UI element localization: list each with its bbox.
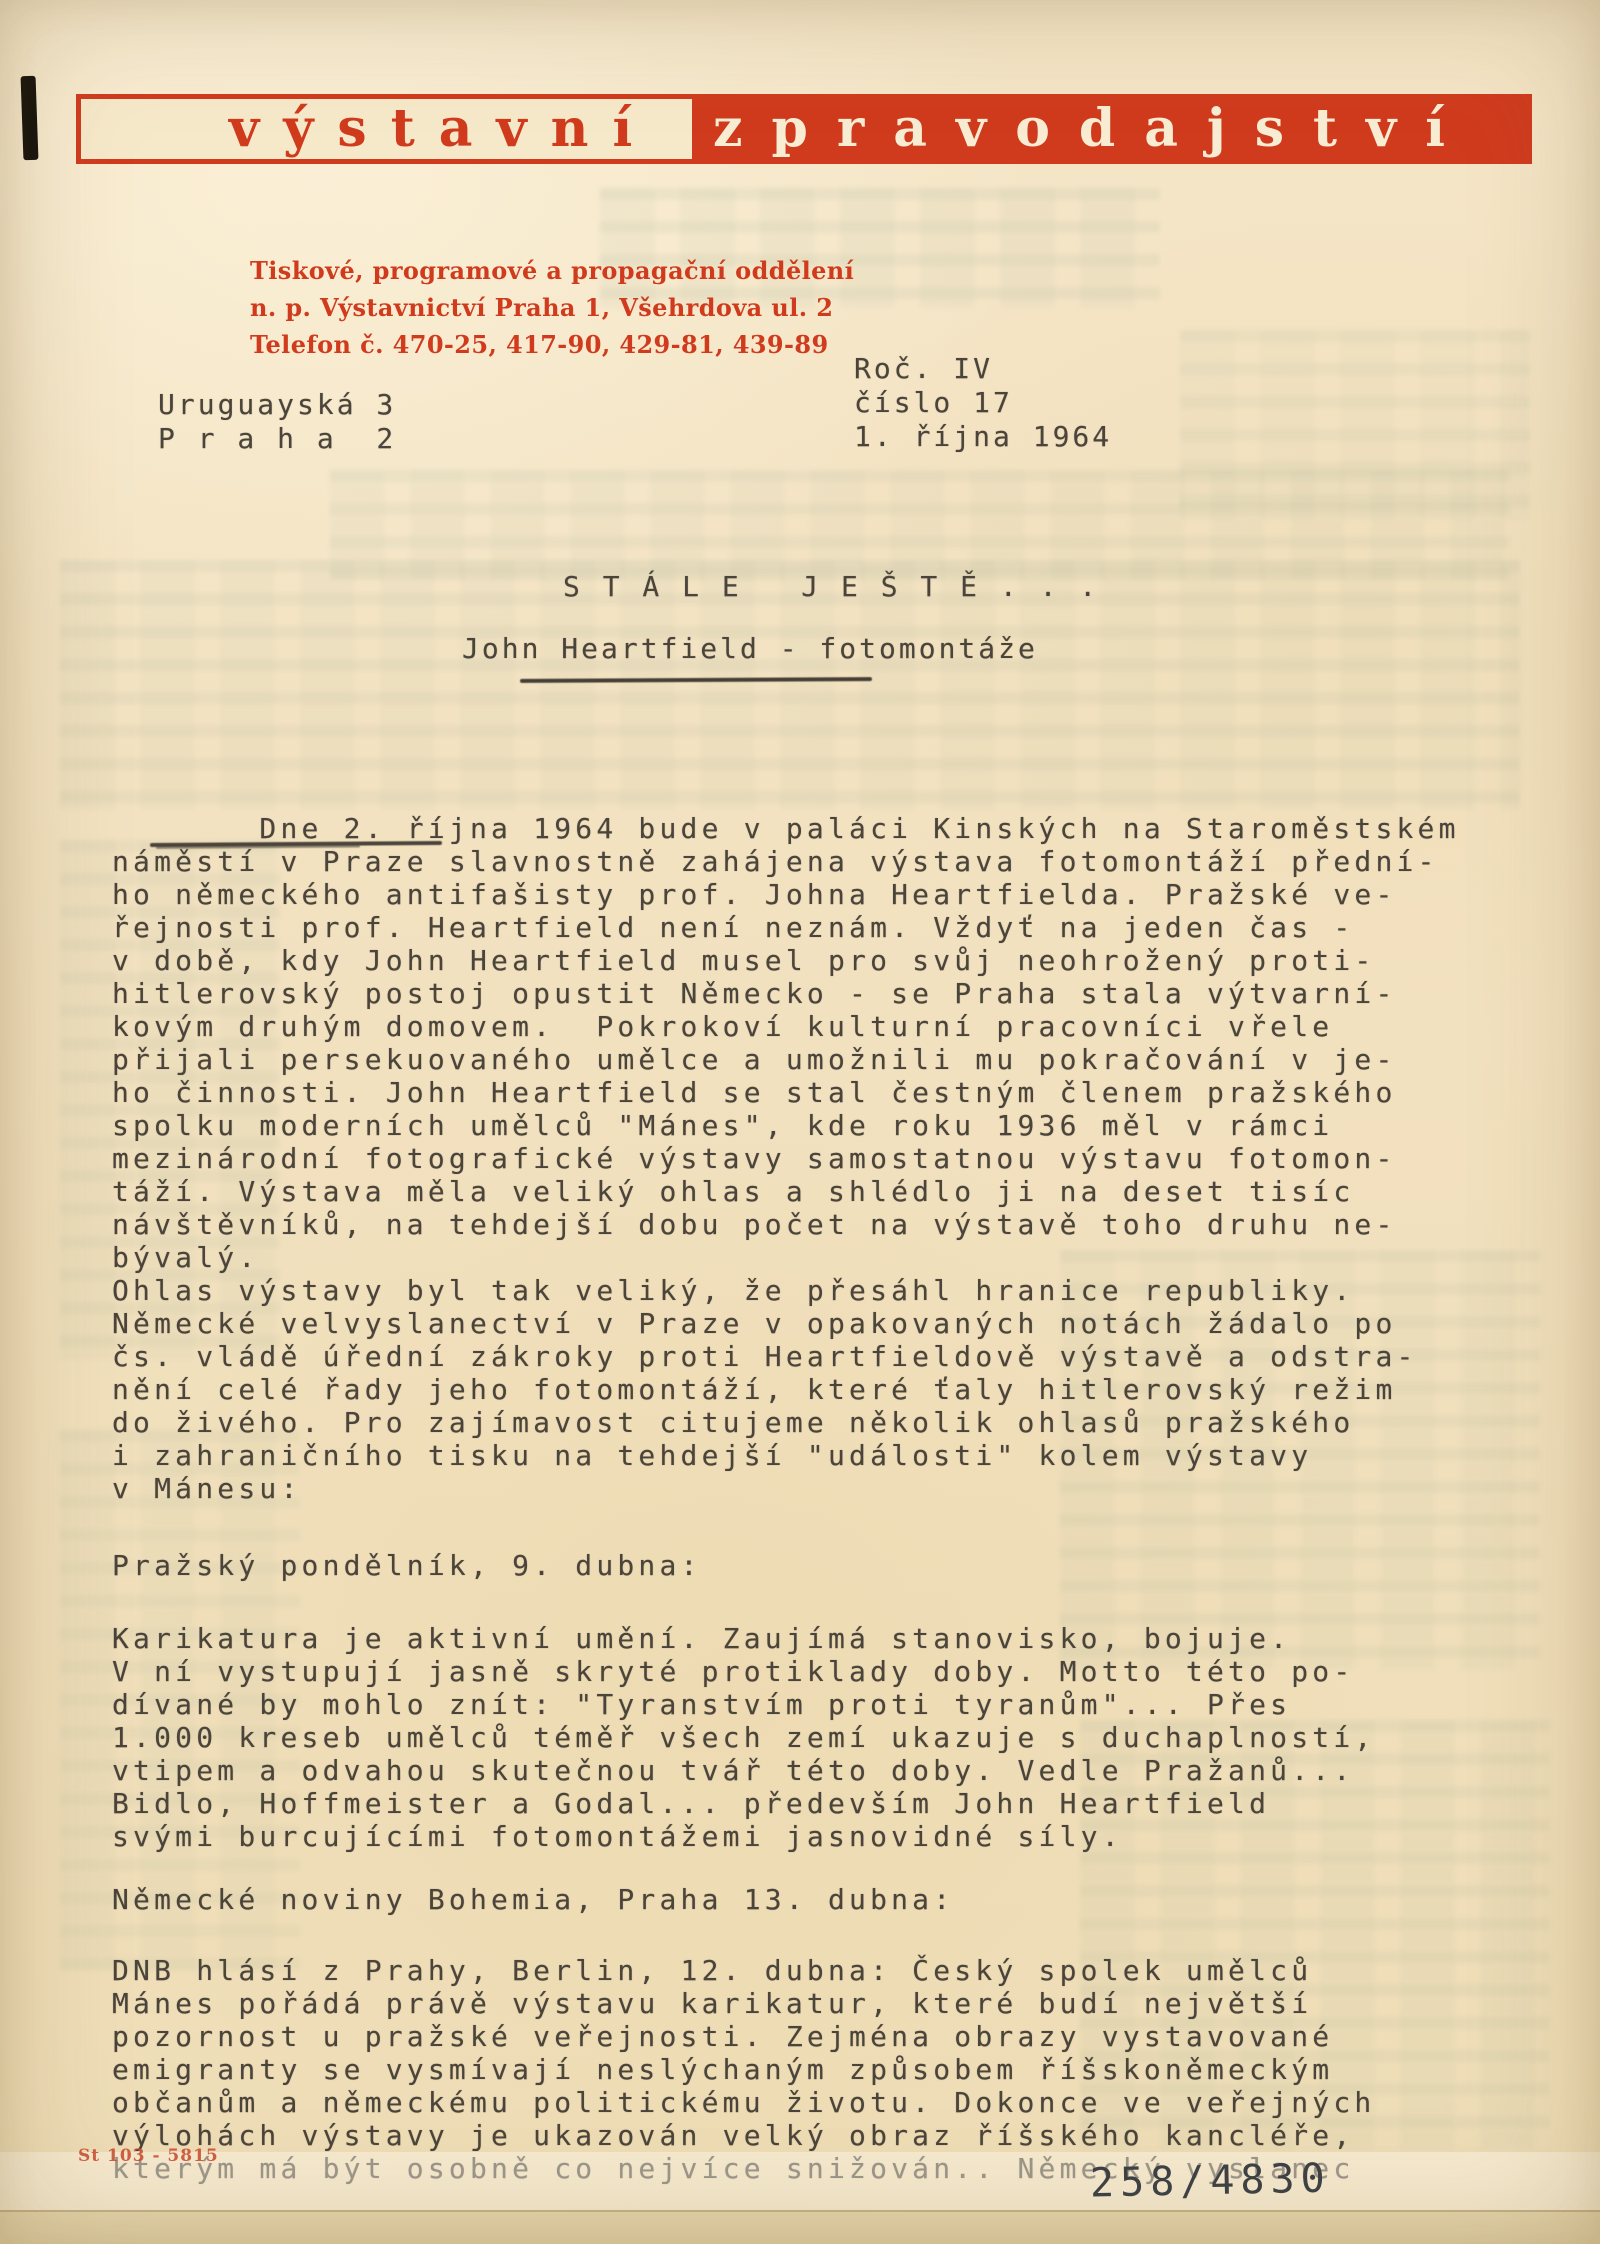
text-line: ho činnosti. John Heartfield se stal čes… xyxy=(112,1076,1532,1109)
masthead-right-box: zpravodajství xyxy=(697,94,1532,164)
quote1-paragraph: Karikatura je aktivní umění. Zaujímá sta… xyxy=(112,1622,1532,1853)
print-stamp: St 103 - 5815 xyxy=(78,2146,219,2166)
text-line: občanům a německému politickému životu. … xyxy=(112,2086,1532,2119)
bleed-through-texture xyxy=(1180,330,1530,520)
text-line: Telefon č. 470-25, 417-90, 429-81, 439-8… xyxy=(250,326,854,363)
issue-date: 1. října 1964 xyxy=(854,420,1112,454)
text-line: hitlerovský postoj opustit Německo - se … xyxy=(112,977,1532,1010)
text-line: dívané by mohlo znít: "Tyranstvím proti … xyxy=(112,1688,1532,1721)
text-line: Bidlo, Hoffmeister a Godal... především … xyxy=(112,1787,1532,1820)
bleed-through-texture xyxy=(330,470,1510,580)
text-line: ho německého antifašisty prof. Johna Hea… xyxy=(112,878,1532,911)
sender-street: Uruguayská 3 xyxy=(158,388,396,422)
text-line: do živého. Pro zajímavost citujeme někol… xyxy=(112,1406,1532,1439)
text-line: mezinárodní fotografické výstavy samosta… xyxy=(112,1142,1532,1175)
text-line: Mánes pořádá právě výstavu karikatur, kt… xyxy=(112,1987,1532,2020)
text-line: i zahraničního tisku na tehdejší "událos… xyxy=(112,1439,1532,1472)
masthead-banner: výstavní zpravodajství xyxy=(76,94,1532,164)
text-line: Ohlas výstavy byl tak veliký, že přesáhl… xyxy=(112,1274,1532,1307)
issue-volume: Roč. IV xyxy=(854,352,1112,386)
text-line: čs. vládě úřední zákroky proti Heartfiel… xyxy=(112,1340,1532,1373)
text-line: emigranty se vysmívají neslýchaným způso… xyxy=(112,2053,1532,2086)
publisher-block: Tiskové, programové a propagační oddělen… xyxy=(250,252,854,363)
issue-number: číslo 17 xyxy=(854,386,1112,420)
text-line: výlohách výstavy je ukazován velký obraz… xyxy=(112,2119,1532,2152)
text-line: přijali persekuovaného umělce a umožnili… xyxy=(112,1043,1532,1076)
text-line: táží. Výstava měla veliký ohlas a shlédl… xyxy=(112,1175,1532,1208)
scan-ink-mark xyxy=(21,76,39,160)
text-line: kovým druhým domovem. Pokrokoví kulturní… xyxy=(112,1010,1532,1043)
quote2-heading: Německé noviny Bohemia, Praha 13. dubna: xyxy=(112,1883,1532,1916)
text-line: vtipem a odvahou skutečnou tvář této dob… xyxy=(112,1754,1532,1787)
text-line: n. p. Výstavnictví Praha 1, Všehrdova ul… xyxy=(250,289,854,326)
text-line: DNB hlásí z Prahy, Berlin, 12. dubna: Če… xyxy=(112,1954,1532,1987)
text-line: řejnosti prof. Heartfield není neznám. V… xyxy=(112,911,1532,944)
masthead-word-zpravodajstvi: zpravodajství xyxy=(713,99,1474,159)
sender-city: P r a h a 2 xyxy=(158,422,396,456)
text-line: nění celé řady jeho fotomontáží, které ť… xyxy=(112,1373,1532,1406)
text-line: 1.000 kreseb umělců téměř všech zemí uka… xyxy=(112,1721,1532,1754)
text-line: náměstí v Praze slavnostně zahájena výst… xyxy=(112,845,1532,878)
scan-bottom-edge xyxy=(0,2210,1600,2244)
text-line: bývalý. xyxy=(112,1241,1532,1274)
text-line: návštěvníků, na tehdejší dobu počet na v… xyxy=(112,1208,1532,1241)
text-line: Tiskové, programové a propagační oddělen… xyxy=(250,252,854,289)
text-line: v době, kdy John Heartfield musel pro sv… xyxy=(112,944,1532,977)
article-title: S T Á L E J E Š T Ě . . . xyxy=(563,570,1099,603)
article-subtitle: John Heartfield - fotomontáže xyxy=(462,632,1038,665)
issue-info: Roč. IV číslo 17 1. října 1964 xyxy=(854,352,1112,454)
scanned-newsletter-page: výstavní zpravodajství Tiskové, programo… xyxy=(0,0,1600,2244)
text-line: Karikatura je aktivní umění. Zaujímá sta… xyxy=(112,1622,1532,1655)
text-line: v Mánesu: xyxy=(112,1472,1532,1505)
intro-paragraph: Dne 2. října 1964 bude v paláci Kinských… xyxy=(112,812,1532,1505)
scan-bottom-light-band xyxy=(0,2152,1600,2210)
masthead-left-box: výstavní xyxy=(76,94,697,164)
archive-number-handwritten: 258/4830 xyxy=(1090,2155,1332,2206)
sender-address: Uruguayská 3 P r a h a 2 xyxy=(158,388,396,456)
subtitle-underline xyxy=(520,677,872,683)
text-line: pozornost u pražské veřejnosti. Zejména … xyxy=(112,2020,1532,2053)
text-line: svými burcujícími fotomontážemi jasnovid… xyxy=(112,1820,1532,1853)
text-line: Německé velvyslanectví v Praze v opakova… xyxy=(112,1307,1532,1340)
text-line: Dne 2. října 1964 bude v paláci Kinských… xyxy=(112,812,1532,845)
article-body: Dne 2. října 1964 bude v paláci Kinských… xyxy=(112,812,1532,2185)
quote1-heading: Pražský pondělník, 9. dubna: xyxy=(112,1549,1532,1582)
text-line: V ní vystupují jasně skryté protiklady d… xyxy=(112,1655,1532,1688)
quote2-paragraph: DNB hlásí z Prahy, Berlin, 12. dubna: Če… xyxy=(112,1954,1532,2185)
masthead-word-vystavni: výstavní xyxy=(229,99,656,159)
text-line: spolku moderních umělců "Mánes", kde rok… xyxy=(112,1109,1532,1142)
